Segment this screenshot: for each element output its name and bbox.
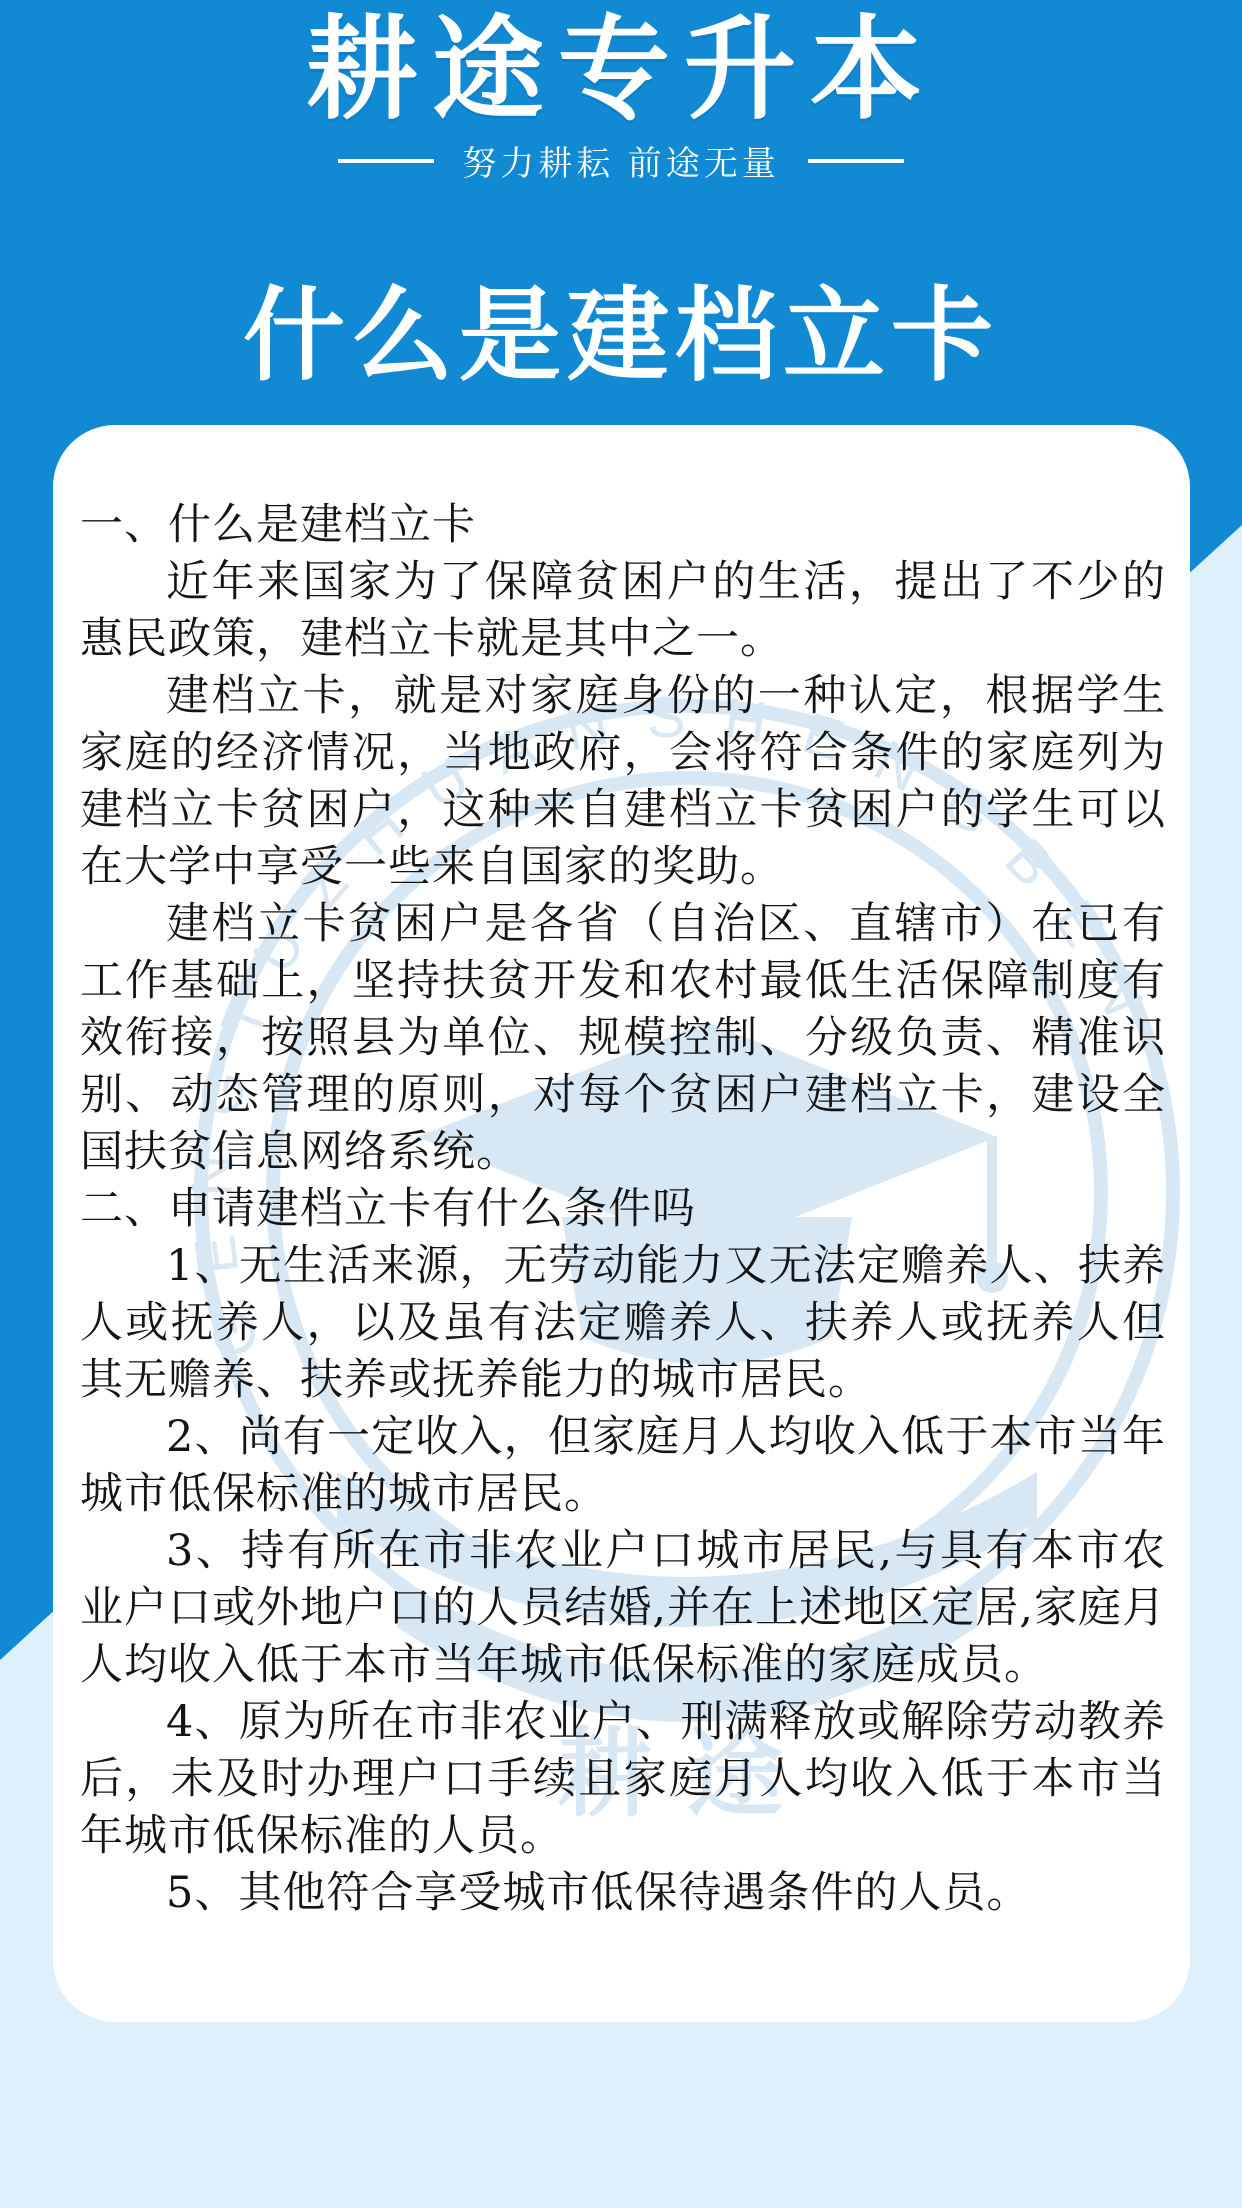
paragraph: 建档立卡贫困户是各省（自治区、直辖市）在已有工作基础上，坚持扶贫开发和农村最低生… xyxy=(80,896,1166,1181)
article: 一、什么是建档立卡 近年来国家为了保障贫困户的生活，提出了不少的惠民政策，建档立… xyxy=(53,425,1190,1922)
list-item: 2、尚有一定收入，但家庭月人均收入低于本市当年城市低保标准的城市居民。 xyxy=(80,1409,1166,1523)
section2-heading: 二、申请建档立卡有什么条件吗 xyxy=(80,1181,1166,1238)
list-item: 5、其他符合享受城市低保待遇条件的人员。 xyxy=(80,1865,1166,1922)
page-title: 什么是建档立卡 xyxy=(0,255,1242,401)
tagline-right-rule xyxy=(808,159,904,163)
paragraph: 近年来国家为了保障贫困户的生活，提出了不少的惠民政策，建档立卡就是其中之一。 xyxy=(80,554,1166,668)
section1-heading: 一、什么是建档立卡 xyxy=(80,497,1166,554)
list-item: 1、无生活来源，无劳动能力又无法定赡养人、扶养人或抚养人，以及虽有法定赡养人、扶… xyxy=(80,1238,1166,1409)
tagline-left-rule xyxy=(338,159,434,163)
brand-logo-text: 耕途专升本 xyxy=(0,10,1242,130)
poster-page: 耕途专升本 努力耕耘 前途无量 什么是建档立卡 G E N G T U Z H … xyxy=(0,0,1242,2208)
tagline-text: 努力耕耘 前途无量 xyxy=(462,136,779,185)
tagline: 努力耕耘 前途无量 xyxy=(0,136,1242,185)
list-item: 3、持有所在市非农业户口城市居民,与具有本市农业户口或外地户口的人员结婚,并在上… xyxy=(80,1523,1166,1694)
list-item: 4、原为所在市非农业户、刑满释放或解除劳动教养后，未及时办理户口手续且家庭月人均… xyxy=(80,1694,1166,1865)
content-card: G E N G T U Z H U A N S H E N G B E N 耕途… xyxy=(53,425,1190,2022)
paragraph: 建档立卡，就是对家庭身份的一种认定，根据学生家庭的经济情况，当地政府，会将符合条… xyxy=(80,668,1166,896)
header: 耕途专升本 努力耕耘 前途无量 什么是建档立卡 xyxy=(0,0,1242,401)
